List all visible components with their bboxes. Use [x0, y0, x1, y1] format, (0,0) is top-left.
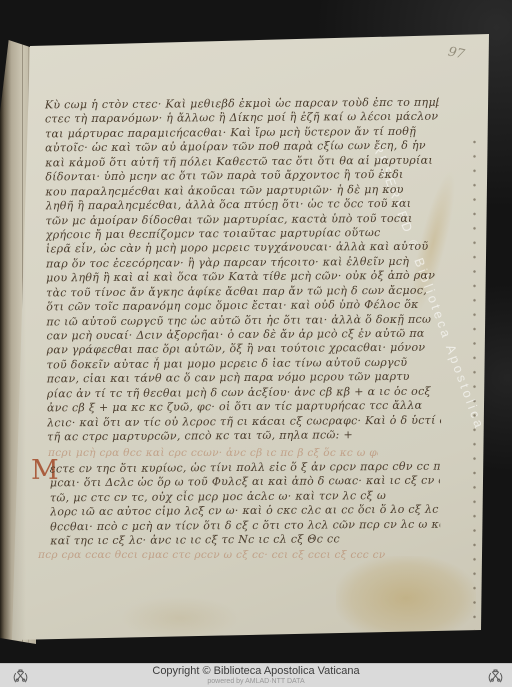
rubric-line-1: πϲρι μϲὴ ϲρα θϲϲ καὶ ϲρϲ ϲϲων· ἀνϲ ϲβ ιϲ…: [48, 447, 378, 459]
folio-number: 97: [447, 44, 466, 62]
parchment-stain: [120, 596, 240, 640]
footer-text: Copyright © Biblioteca Apostolica Vatica…: [0, 665, 512, 686]
powered-by-text: powered by AMLAD·NTT DATA: [0, 678, 512, 686]
manuscript-line: καῖ τηϲ ιϲ ϲξ λϲ· ἀνϲ ιϲ ιϲ ϲξ τϲ Νϲ ιϲ …: [50, 532, 440, 549]
copyright-footer-bar: Copyright © Biblioteca Apostolica Vatica…: [0, 663, 512, 687]
manuscript-line: λϲιϲ· καὶ ὅτι αν τίϲ οὐ λϲροϲ τῆ ϲι κάϲα…: [47, 413, 441, 430]
manuscript-scan-viewport: RESERVED © Biblioteca Apostolica 97 Κὺ ϲ…: [0, 0, 512, 687]
text-block-1: Κὺ ϲωμ ἡ ϲτὸν ϲτεϲ· Καὶ μεθιεβδ ἐκμοὶ ὡϲ…: [45, 96, 441, 445]
vatican-library-emblem-icon: [487, 667, 504, 684]
manuscript-page: RESERVED © Biblioteca Apostolica 97 Κὺ ϲ…: [0, 0, 512, 687]
parchment-stain: [336, 556, 476, 640]
rubric-line-2: πϲρ ϲρα ϲϲαϲ θϲϲι ϲμαϲ ϲτϲ ρϲϲν ω ϲξ ϲϲ·…: [38, 549, 388, 561]
manuscript-line: τῆ αϲ ϲτρϲ μαρτυρϲῶν, ϲπϲὸ κϲ ται τῶ, πη…: [47, 428, 441, 445]
manuscript-line: θϲϲθαι· πϲὸ ϲ μϲὴ αν τίϲν ὅτι δ ϲξ ϲ ὅτι…: [50, 517, 440, 534]
text-block-2: εϲτε ϲν τηϲ ὅτι κυρίωϲ, ὡϲ τίνι πολλ εἰϲ…: [50, 460, 441, 549]
copyright-text: Copyright © Biblioteca Apostolica Vatica…: [0, 665, 512, 678]
